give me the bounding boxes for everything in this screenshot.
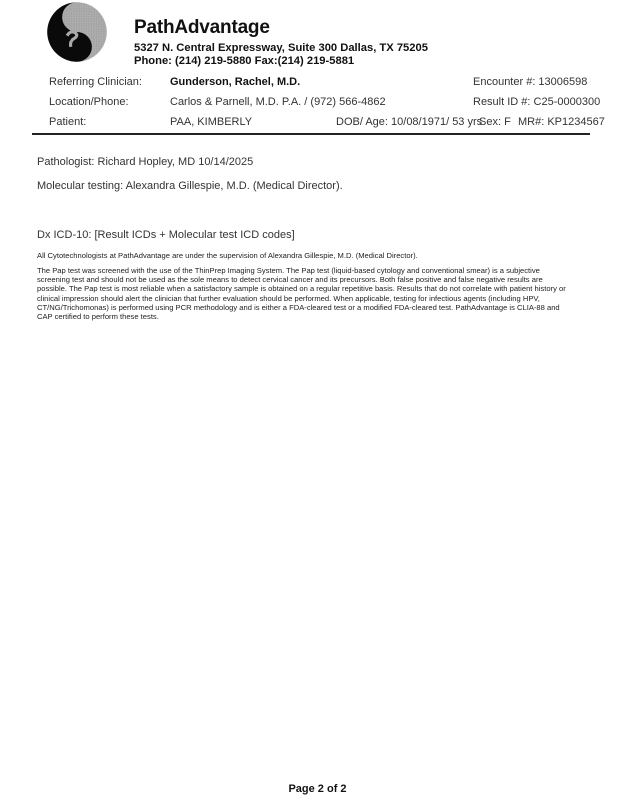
dob-age: DOB/ Age: 10/08/1971/ 53 yrs: [336, 116, 482, 128]
disclaimer-line: possible. The Pap test is most reliable …: [37, 284, 607, 293]
dx-icd-line: Dx ICD-10: [Result ICDs + Molecular test…: [37, 229, 295, 241]
patient-name: PAA, KIMBERLY: [170, 116, 252, 128]
disclaimer-paragraph: The Pap test was screened with the use o…: [37, 266, 607, 321]
patient-label: Patient:: [49, 116, 86, 128]
lab-contact-block: 5327 N. Central Expressway, Suite 300 Da…: [134, 42, 428, 68]
disclaimer-line: clinical impression should alert the cli…: [37, 294, 607, 303]
disclaimer-line: CT/NG/Trichomonas) is performed using PC…: [37, 303, 607, 312]
disclaimer-line: The Pap test was screened with the use o…: [37, 266, 607, 275]
disclaimer-line: screening test and should not be used as…: [37, 275, 607, 284]
sex: Sex: F: [479, 116, 511, 128]
header-divider: [32, 133, 590, 135]
lab-address: 5327 N. Central Expressway, Suite 300 Da…: [134, 42, 428, 55]
pathologist-line: Pathologist: Richard Hopley, MD 10/14/20…: [37, 156, 253, 168]
page-number: Page 2 of 2: [0, 783, 635, 795]
disclaimer-line: CAP certified to perform these tests.: [37, 312, 607, 321]
supervision-note: All Cytotechnologists at PathAdvantage a…: [37, 251, 418, 260]
result-id: Result ID #: C25-0000300: [473, 96, 600, 108]
mr-number: MR#: KP1234567: [518, 116, 605, 128]
encounter-number: Encounter #: 13006598: [473, 76, 587, 88]
location-value: Carlos & Parnell, M.D. P.A. / (972) 566-…: [170, 96, 386, 108]
brand-name: PathAdvantage: [134, 17, 270, 39]
referring-clinician-value: Gunderson, Rachel, M.D.: [170, 76, 300, 88]
referring-clinician-label: Referring Clinician:: [49, 76, 142, 88]
yin-yang-logo-icon: [46, 1, 108, 63]
location-label: Location/Phone:: [49, 96, 129, 108]
lab-phone-fax: Phone: (214) 219-5880 Fax:(214) 219-5881: [134, 55, 428, 68]
molecular-testing-line: Molecular testing: Alexandra Gillespie, …: [37, 180, 343, 192]
